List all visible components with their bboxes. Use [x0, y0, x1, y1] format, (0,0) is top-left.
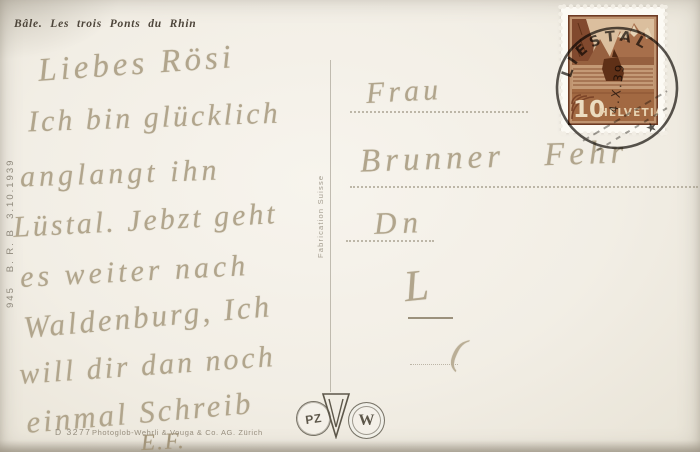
- address-dotted-line: [350, 111, 528, 113]
- address-squiggle: (: [447, 329, 470, 375]
- address-divider-line: [330, 60, 331, 392]
- message-line: es weiter nach: [19, 249, 250, 295]
- message-line: will dir dan noch: [18, 340, 277, 392]
- message-line: Lüstal. Jebzt geht: [12, 197, 278, 245]
- address-dotted-line: [350, 186, 698, 188]
- w-logo: W: [348, 402, 385, 439]
- address-squiggle: L: [401, 259, 431, 312]
- publisher-imprint: Photoglob-Wehrli & Vouga & Co. AG. Züric…: [92, 428, 263, 437]
- postmark-date: 4.X.39: [607, 62, 628, 114]
- postcard-scan: Bâle. Les trois Ponts du Rhin 945 B. R. …: [0, 0, 700, 452]
- fabrication-note: Fabrication Suisse: [316, 175, 325, 258]
- address-line: Frau: [365, 73, 443, 111]
- scan-bottom-shadow: [0, 440, 700, 452]
- message-line: Ich bin glücklich: [27, 97, 281, 140]
- squiggle-underline: [408, 317, 453, 319]
- address-dotted-line: [346, 240, 434, 242]
- order-number: D 3277: [55, 427, 91, 437]
- card-caption: Bâle. Les trois Ponts du Rhin: [14, 18, 197, 30]
- message-line: anglangt ihn: [19, 154, 221, 195]
- v-triangle-logo: [321, 391, 351, 439]
- message-line: Waldenburg, Ich: [22, 288, 274, 346]
- postmark-town-text: LIESTAL: [550, 15, 656, 84]
- address-line: Dn: [373, 204, 424, 242]
